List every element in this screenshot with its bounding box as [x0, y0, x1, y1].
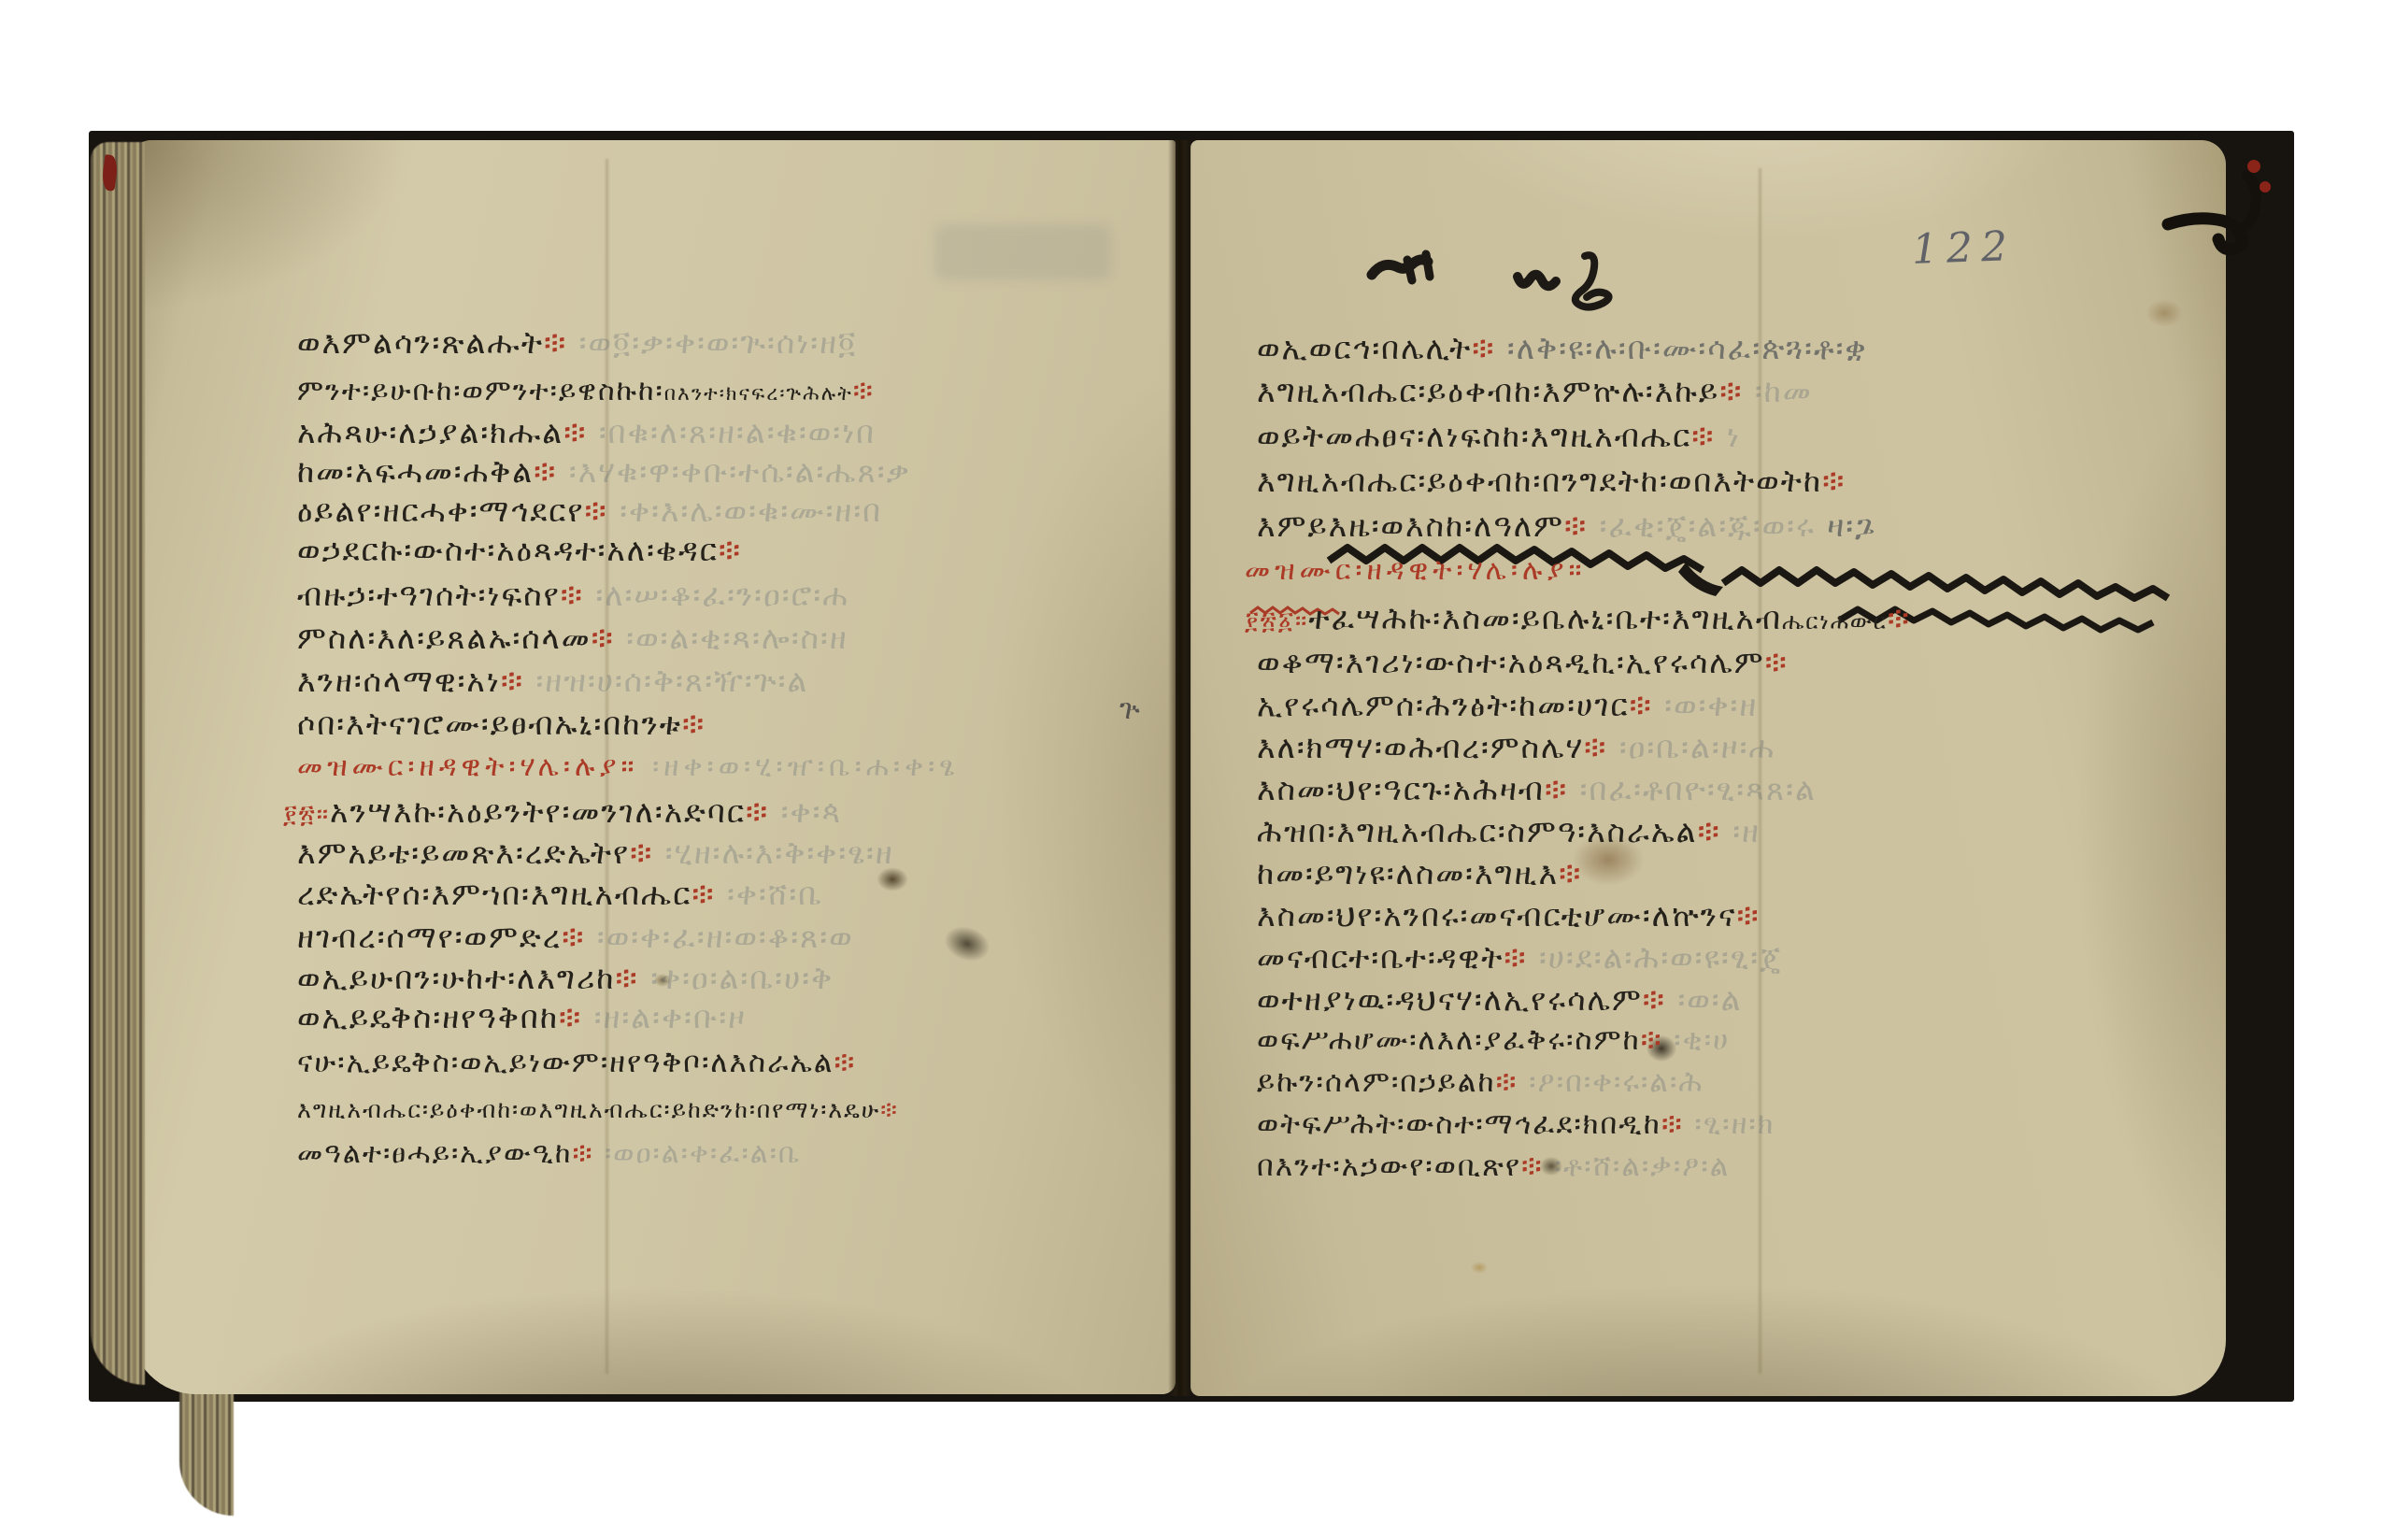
text-segment-red: ፨	[1630, 687, 1653, 723]
text-segment-ink: ወይትመሐፀና፡ለነፍስከ፡እግዚአብሔር	[1257, 418, 1691, 454]
text-segment-ghost: ፡ፈቂ፡ጄ፡ል፡ጁ፡ወ፡ሩ	[1588, 507, 1816, 544]
manuscript-text-line: ወተዘያነዉ፡ዳህናሃ፡ለኢየሩሳሌም፨ ፡ወ፡ል	[1257, 984, 1743, 1015]
manuscript-text-line: ፻፳፩።ተፈሣሕኩ፡እስመ፡ይቤሉኒ፡ቤተ፡እግዚአብሔርነሐውር፨	[1245, 603, 1911, 634]
text-segment-red: ፨	[1564, 507, 1588, 544]
manuscript-text-line: ከመ፡ይግነዩ፡ለስመ፡እግዚእ፨	[1257, 858, 1582, 889]
text-segment-red: ፨	[1496, 1065, 1518, 1099]
text-segment-ink: ሕዝበ፡እግዚአብሔር፡ስምዓ፡እስራኤል	[1257, 813, 1698, 849]
text-segment-ink: ኢየሩሳሌምሰ፡ሕንፅት፡ከመ፡ሀገር	[1257, 687, 1630, 723]
manuscript-text-line: እግዚአብሔር፡ይዕቀብከ፡በንግደትከ፡ወበእትወትከ፨	[1257, 465, 1846, 496]
manuscript-text-line: ወፍሥሐሆሙ፡ለእለ፡ያፈቅሩ፡ስምከ፨ ፡ቂ፡ሀ	[1257, 1026, 1730, 1055]
text-segment-ink: እስመ፡ህየ፡ዓርጉ፡አሕዛብ	[1257, 771, 1545, 807]
text-segment-ghost: ፡ሀ፡ደ፡ል፡ሕ፡ወ፡ዩ፡ፂ፡ጄ	[1528, 939, 1783, 976]
text-segment-ink: ወኢወርኅ፡በሌሊት	[1257, 330, 1472, 366]
manuscript-text-line: ይኩን፡ሰላም፡በኃይልከ፨ ፡ዖ፡በ፡ቀ፡ሩ፡ል፡ሕ	[1257, 1068, 1704, 1097]
manuscript-text-line: ወኢወርኅ፡በሌሊት፨ ፡ለቅ፡ዩ፡ሉ፡ቡ፡ሙ፡ሳፈ፡ጵጓ፡ቶ፡ቋ	[1257, 333, 1868, 364]
manuscript-text-line: ወቆማ፡እገሪነ፡ውስተ፡አዕጻዲኪ፡ኢየሩሳሌም፨	[1257, 647, 1789, 677]
text-segment-small: ሔርነሐውር	[1782, 608, 1888, 635]
text-segment-ink: እግዚአብሔር፡ይዕቀብከ፡በንግደትከ፡ወበእትወትከ	[1257, 463, 1822, 499]
manuscript-text-line: እምይእዜ፡ወእስከ፡ለዓለም፨ ፡ፈቂ፡ጄ፡ል፡ጁ፡ወ፡ሩ ዛ፡ጔ	[1257, 510, 1876, 541]
manuscript-text-line: እስመ፡ህየ፡ዓርጉ፡አሕዛብ፨ ፡በፈ፡ቶበዮ፡ፂ፡ጻጸ፡ል	[1257, 774, 1817, 805]
text-segment-ghost: ፡ቂ፡ሀ	[1662, 1023, 1730, 1057]
text-segment-ink: ወትፍሥሕት፡ውስተ፡ማኅፈደ፡ክበዲከ	[1257, 1107, 1661, 1141]
manuscript-text-line: ኢየሩሳሌምሰ፡ሕንፅት፡ከመ፡ሀገር፨ ፡ወ፡ቀ፡ዘ	[1257, 690, 1758, 720]
text-segment-red: ፨	[1719, 373, 1743, 409]
text-segment-ghost: ፡ወ፡ቀ፡ዘ	[1653, 687, 1759, 723]
text-segment-ink: በእንተ፡አኃውየ፡ወቢጽየ	[1257, 1149, 1521, 1183]
manuscript-text-line: ወይትመሐፀና፡ለነፍስከ፡እግዚአብሔር፨ ነ	[1257, 421, 1741, 451]
text-segment-ghost: ፡በፈ፡ቶበዮ፡ፂ፡ጻጸ፡ል	[1568, 771, 1817, 807]
manuscript-text-line: ሕዝበ፡እግዚአብሔር፡ስምዓ፡እስራኤል፨ ፡ዘ	[1257, 816, 1761, 847]
text-segment-red: ፨	[1584, 729, 1607, 765]
page-surfaces: 122 ጕ ወእምልሳን፡ጽልሑት፨ ፡ወ፬፡ቃ፡ቀ፡ወ፡ጒ፡ሰነ፡ዘ፬ምንተ፡…	[0, 0, 2381, 1540]
text-segment-red: ፨	[1545, 771, 1568, 807]
text-segment-ink: እስመ፡ህየ፡አንበሩ፡መናብርቲሆሙ፡ለኵንና	[1257, 897, 1736, 934]
manuscript-text-line: ወትፍሥሕት፡ውስተ፡ማኅፈደ፡ክበዲከ፨ ፡ፂ፡ዘ፡ክ	[1257, 1110, 1775, 1139]
text-segment-ink: ከመ፡ይግነዩ፡ለስመ፡እግዚእ	[1257, 855, 1559, 891]
text-segment-ghost: ፡ዐ፡ቤ፡ል፡ዞ፡ሐ	[1607, 729, 1775, 765]
text-segment-ghost: ፡ዖ፡በ፡ቀ፡ሩ፡ል፡ሕ	[1518, 1065, 1704, 1099]
text-segment-dim: ፡ለቅ፡ዩ፡ሉ፡ቡ፡ሙ፡ሳፈ፡ጵጓ፡ቶ፡ቋ	[1495, 330, 1867, 366]
right-page-text: ወኢወርኅ፡በሌሊት፨ ፡ለቅ፡ዩ፡ሉ፡ቡ፡ሙ፡ሳፈ፡ጵጓ፡ቶ፡ቋእግዚአብሔር…	[0, 0, 2381, 1540]
text-segment-smred: ፻፳፩።	[1245, 606, 1308, 635]
manuscript-text-line: እግዚአብሔር፡ይዕቀብከ፡እምኵሉ፡እኩይ፨ ፡ከመ	[1257, 376, 1813, 406]
text-segment-ink: ይኩን፡ሰላም፡በኃይልከ	[1257, 1065, 1496, 1099]
text-segment-red: ፨	[1559, 855, 1582, 891]
text-segment-red: ፨	[1661, 1107, 1684, 1141]
text-segment-red: ፨	[1736, 897, 1760, 934]
text-segment-ink: ወተዘያነዉ፡ዳህናሃ፡ለኢየሩሳሌም	[1257, 981, 1643, 1018]
manuscript-text-line: መናብርተ፡ቤተ፡ዳዊት፨ ፡ሀ፡ደ፡ል፡ሕ፡ወ፡ዩ፡ፂ፡ጄ	[1257, 942, 1782, 973]
text-segment-red: ፨	[1888, 600, 1911, 636]
text-segment-ghost: ፡ከመ	[1743, 373, 1812, 409]
text-segment-ink: እለ፡ክማሃ፡ወሕብረ፡ምስሌሃ	[1257, 729, 1584, 765]
text-segment-ghost: ፡ዘ	[1721, 813, 1761, 849]
text-segment-red: ፨	[1521, 1149, 1544, 1183]
text-segment-ghost: ፡ወ፡ል	[1666, 981, 1743, 1018]
text-segment-ghost: ፡ቶ፡ሸ፡ል፡ቃ፡ፆ፡ል	[1544, 1149, 1731, 1183]
text-segment-red: ፨	[1643, 981, 1666, 1018]
text-segment-dim: ዛ፡ጔ	[1816, 507, 1876, 544]
text-segment-ink: እግዚአብሔር፡ይዕቀብከ፡እምኵሉ፡እኩይ	[1257, 373, 1719, 409]
text-segment-red: ፨	[1504, 939, 1527, 976]
text-segment-red: ፨	[1822, 463, 1846, 499]
text-segment-red: ፨	[1698, 813, 1721, 849]
text-segment-ink: ተፈሣሕኩ፡እስመ፡ይቤሉኒ፡ቤተ፡እግዚአብ	[1308, 600, 1782, 636]
text-segment-red: መዝሙር፡ዘዳዊት፡ሃሌ፡ሉያ።	[1245, 554, 1587, 587]
text-segment-ink: ወፍሥሐሆሙ፡ለእለ፡ያፈቅሩ፡ስምከ	[1257, 1023, 1641, 1057]
manuscript-scene: 122 ጕ ወእምልሳን፡ጽልሑት፨ ፡ወ፬፡ቃ፡ቀ፡ወ፡ጒ፡ሰነ፡ዘ፬ምንተ፡…	[0, 0, 2381, 1540]
text-segment-ghost: ፡ፂ፡ዘ፡ክ	[1684, 1107, 1775, 1141]
manuscript-text-line: በእንተ፡አኃውየ፡ወቢጽየ፨ ፡ቶ፡ሸ፡ል፡ቃ፡ፆ፡ል	[1257, 1152, 1730, 1181]
text-segment-ink: መናብርተ፡ቤተ፡ዳዊት	[1257, 939, 1504, 976]
manuscript-text-line: እስመ፡ህየ፡አንበሩ፡መናብርቲሆሙ፡ለኵንና፨	[1257, 900, 1761, 931]
text-segment-ink: ወቆማ፡እገሪነ፡ውስተ፡አዕጻዲኪ፡ኢየሩሳሌም	[1257, 644, 1765, 680]
manuscript-text-line: መዝሙር፡ዘዳዊት፡ሃሌ፡ሉያ።	[1245, 557, 1587, 585]
manuscript-text-line: እለ፡ክማሃ፡ወሕብረ፡ምስሌሃ፨ ፡ዐ፡ቤ፡ል፡ዞ፡ሐ	[1257, 732, 1775, 763]
text-segment-red: ፨	[1691, 418, 1715, 454]
text-segment-red: ፨	[1472, 330, 1495, 366]
text-segment-red: ፨	[1765, 644, 1789, 680]
text-segment-red: ፨	[1641, 1023, 1663, 1057]
text-segment-ink: እምይእዜ፡ወእስከ፡ለዓለም	[1257, 507, 1564, 544]
text-segment-ghost: ነ	[1715, 418, 1741, 454]
